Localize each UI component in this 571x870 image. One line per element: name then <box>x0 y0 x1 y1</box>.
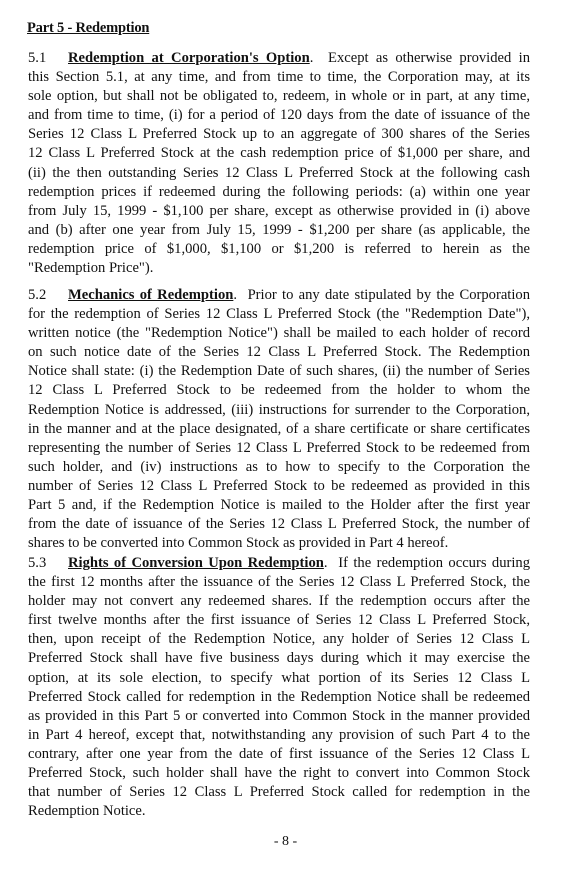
section-line: that number of Series 12 Class L Preferr… <box>28 783 530 802</box>
section-number: 5.1 <box>28 49 68 68</box>
section-line: on such notice date of the Series 12 Cla… <box>28 343 530 362</box>
section-line: Preferred Stock shall have five business… <box>28 649 530 668</box>
section-line: and from time to time, (i) for a period … <box>28 106 530 125</box>
section-line: in Part 4 hereof, except that, notwithst… <box>28 726 530 745</box>
section-line: representing the number of Series 12 Cla… <box>28 439 530 458</box>
section-line: (ii) the then outstanding Series 12 Clas… <box>28 164 530 183</box>
section-line: 5.1Redemption at Corporation's Option. E… <box>28 49 530 68</box>
section-line: redemption price of $1,000, $1,100 or $1… <box>28 240 530 259</box>
section-5-1: 5.1Redemption at Corporation's Option. E… <box>28 49 530 278</box>
section-line: redemption prices if redeemed during the… <box>28 183 530 202</box>
section-line: for the redemption of Series 12 Class L … <box>28 305 530 324</box>
section-line: as provided in this Part 5 or converted … <box>28 707 530 726</box>
section-5-3: 5.3Rights of Conversion Upon Redemption.… <box>28 554 530 821</box>
section-title: Redemption at Corporation's Option <box>68 50 310 66</box>
section-line: sole option, but shall not be obligated … <box>28 87 530 106</box>
section-number: 5.2 <box>28 286 68 305</box>
section-text: If the redemption occurs during <box>338 555 530 571</box>
section-line: written notice (the "Redemption Notice")… <box>28 324 530 343</box>
section-line: holder may not convert any redeemed shar… <box>28 592 530 611</box>
section-line: 12 Class L Preferred Stock at the cash r… <box>28 144 530 163</box>
section-line: shares to be converted into Common Stock… <box>28 534 530 553</box>
section-line: from the date of issuance of the Series … <box>28 515 530 534</box>
part-heading-text: Part 5 - Redemption <box>27 20 149 36</box>
section-line: Notice shall state: (i) the Redemption D… <box>28 362 530 381</box>
section-line: the first 12 months after the issuance o… <box>28 573 530 592</box>
part-heading: Part 5 - Redemption <box>27 20 149 37</box>
section-title: Rights of Conversion Upon Redemption <box>68 555 324 571</box>
section-line: 5.2Mechanics of Redemption. Prior to any… <box>28 286 530 305</box>
section-5-2: 5.2Mechanics of Redemption. Prior to any… <box>28 286 530 553</box>
section-line: number of Series 12 Class L Preferred St… <box>28 477 530 496</box>
section-line: first twelve months after the first issu… <box>28 611 530 630</box>
section-line: Part 5 and, if the Redemption Notice is … <box>28 496 530 515</box>
section-line: Preferred Stock called for redemption in… <box>28 688 530 707</box>
section-line: from July 15, 1999 - $1,100 per share, e… <box>28 202 530 221</box>
section-title: Mechanics of Redemption <box>68 287 233 303</box>
section-line: then, upon receipt of the Redemption Not… <box>28 630 530 649</box>
section-line: contrary, after one year from the date o… <box>28 745 530 764</box>
section-line: 5.3Rights of Conversion Upon Redemption.… <box>28 554 530 573</box>
section-line: this Section 5.1, at any time, and from … <box>28 68 530 87</box>
section-line: in the manner and at the place designate… <box>28 420 530 439</box>
section-line: Preferred Stock, such holder shall have … <box>28 764 530 783</box>
section-line: option, at its sole election, to specify… <box>28 669 530 688</box>
section-line: 12 Class L Preferred Stock to be redeeme… <box>28 381 530 400</box>
section-line: "Redemption Price"). <box>28 259 530 278</box>
page-number: - 8 - <box>0 834 571 850</box>
section-text: Except as otherwise provided in <box>328 50 530 66</box>
section-text: Prior to any date stipulated by the Corp… <box>248 287 530 303</box>
section-line: Series 12 Class L Preferred Stock up to … <box>28 125 530 144</box>
section-number: 5.3 <box>28 554 68 573</box>
section-line: Redemption Notice. <box>28 802 530 821</box>
section-line: and (b) after one year from July 15, 199… <box>28 221 530 240</box>
document-page: Part 5 - Redemption 5.1Redemption at Cor… <box>0 0 571 870</box>
section-line: such holder, and (iv) instructions as to… <box>28 458 530 477</box>
section-line: Redemption Notice is addressed, (iii) in… <box>28 401 530 420</box>
